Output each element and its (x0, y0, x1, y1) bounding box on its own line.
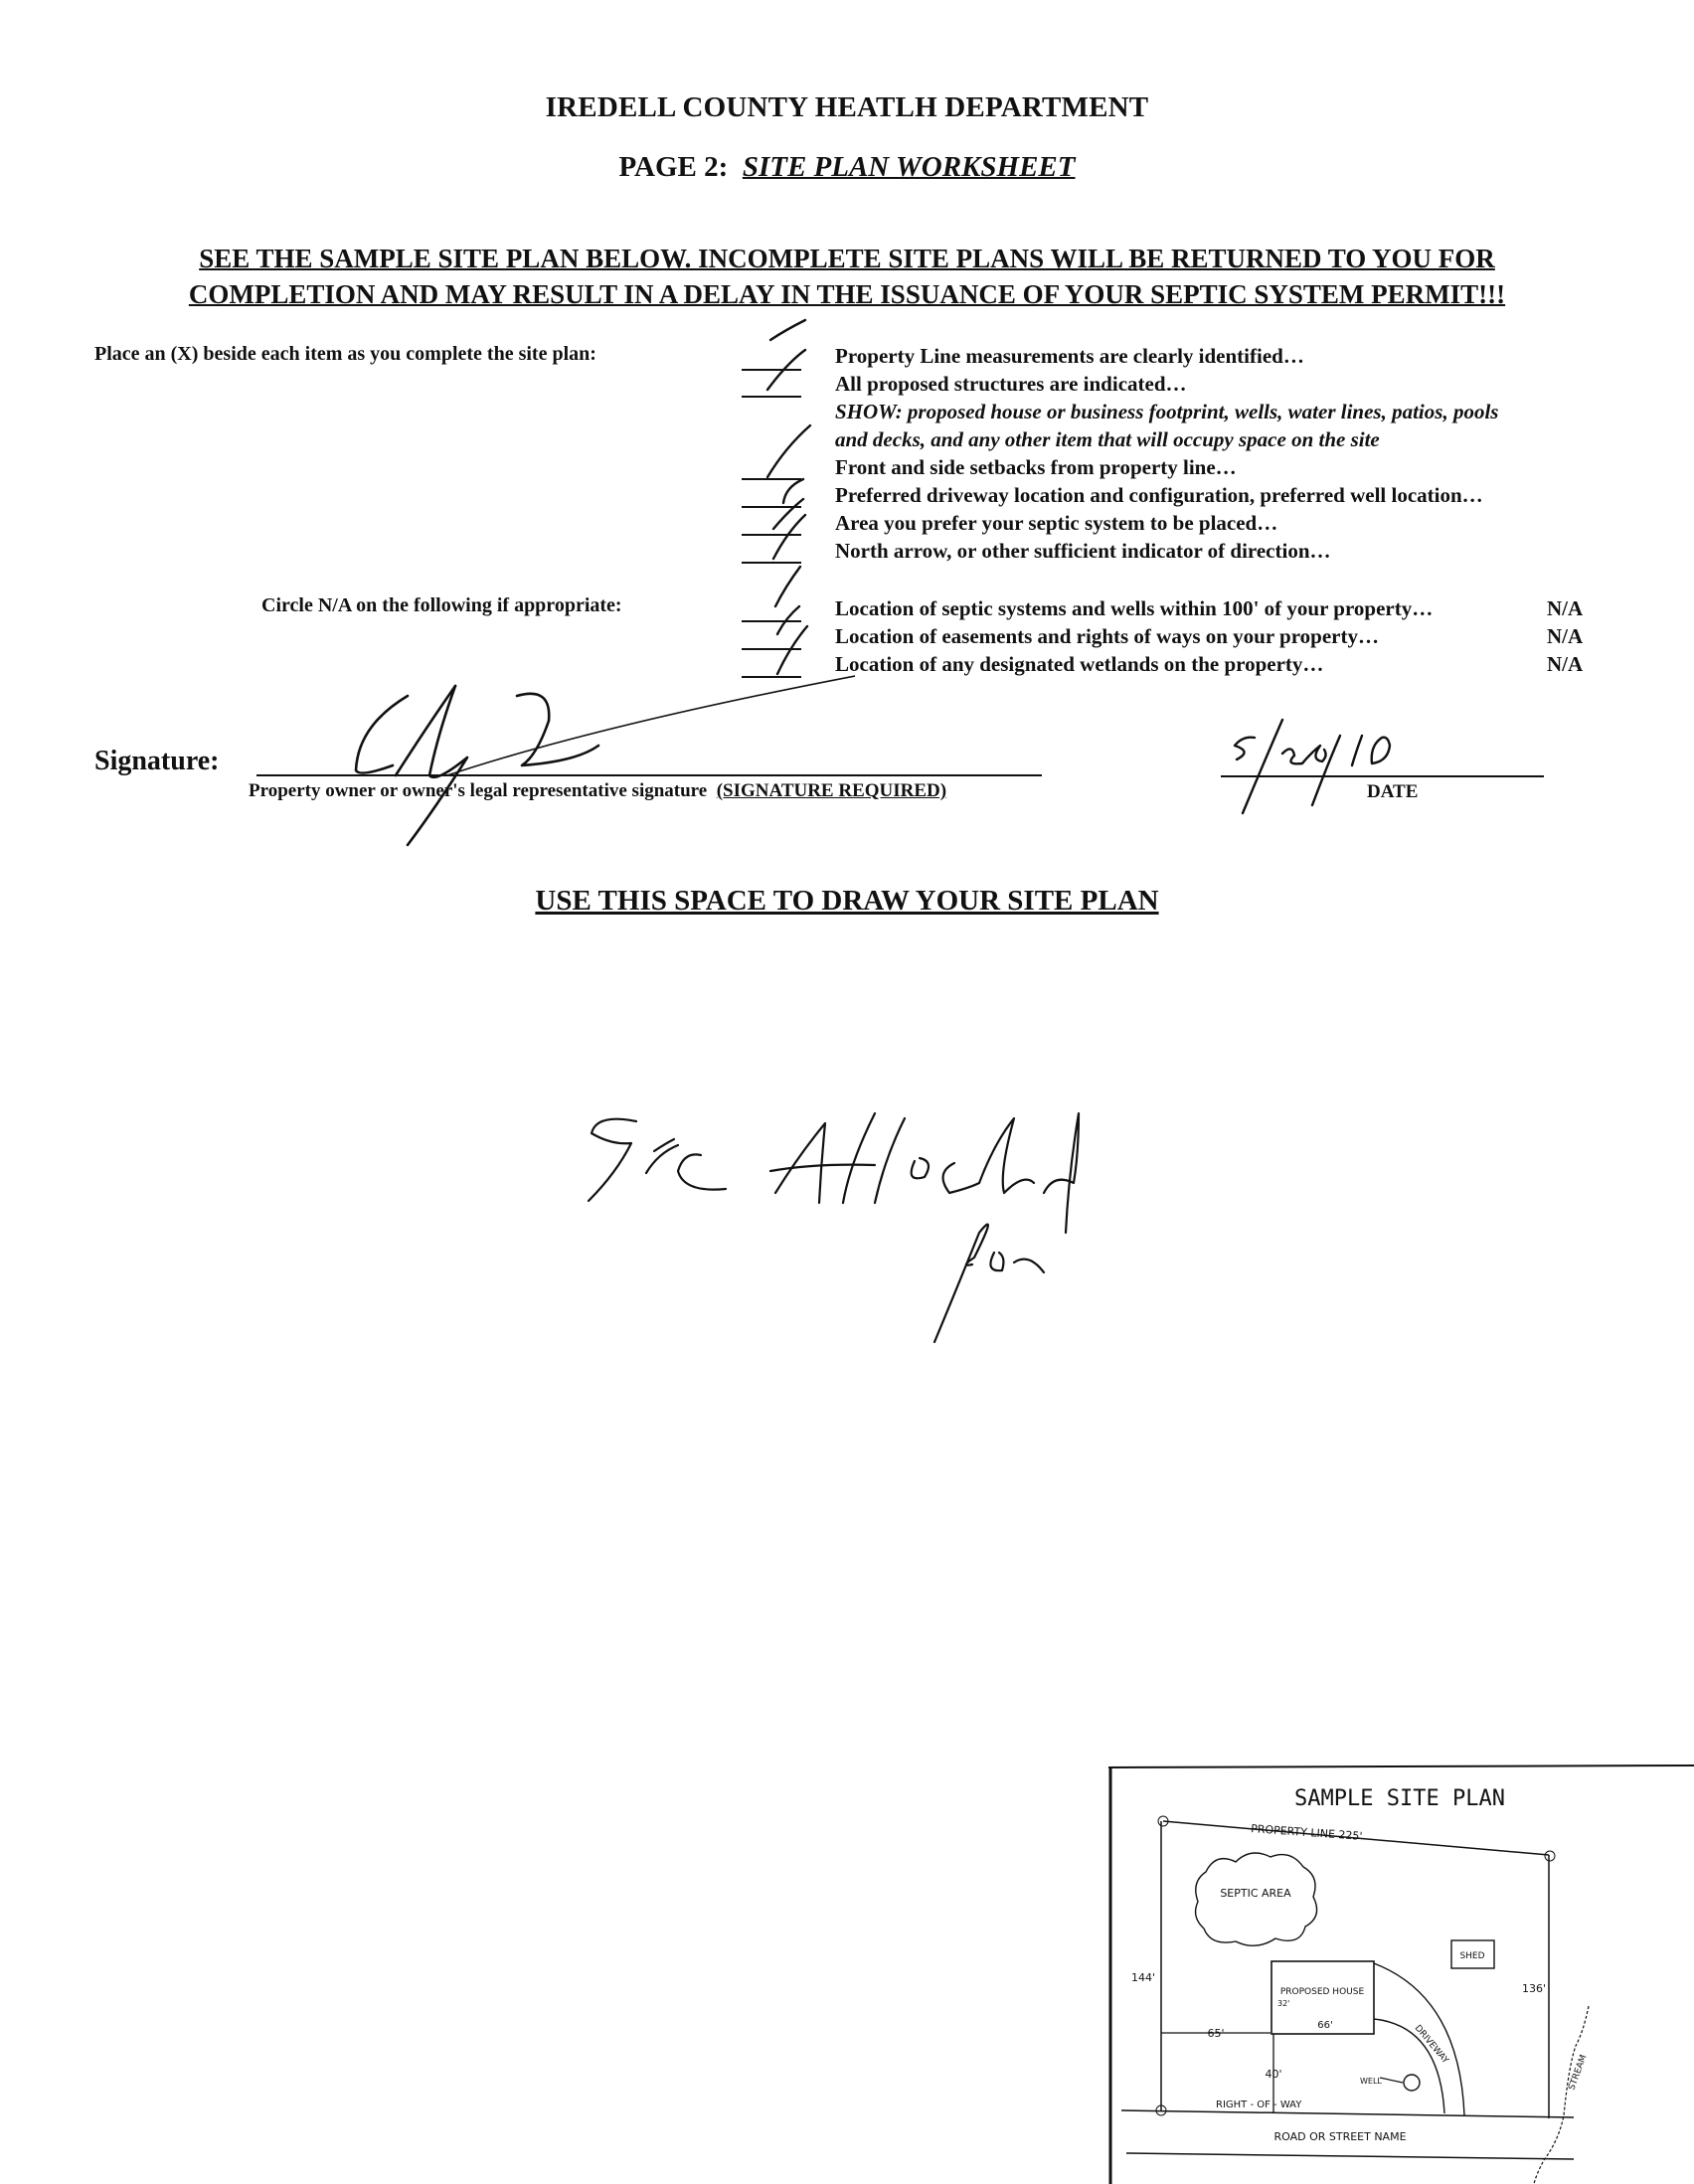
na-item-text: Location of any designated wetlands on t… (835, 652, 1323, 676)
worksheet-title: SITE PLAN WORKSHEET (743, 151, 1076, 183)
front-setback-label: 40' (1265, 2068, 1281, 2081)
na-option[interactable]: N/A (1547, 622, 1583, 650)
stream-line (1534, 2006, 1589, 2184)
house-label: PROPOSED HOUSE (1280, 1987, 1365, 1997)
stream-label: STREAM (1567, 2054, 1589, 2092)
well-label: WELL (1360, 2077, 1382, 2086)
checklist-show-note-1: SHOW: proposed house or business footpri… (835, 398, 1630, 425)
checklist-item-driveway-well: Preferred driveway location and configur… (835, 481, 1630, 509)
left-side-dimension: 144' (1131, 1971, 1155, 1984)
right-of-way-line (1121, 2110, 1574, 2117)
checklist-item-septic-area: Area you prefer your septic system to be… (835, 509, 1630, 537)
page-number: PAGE 2: (619, 151, 729, 183)
septic-area-label: SEPTIC AREA (1220, 1887, 1291, 1900)
driveway-inner (1374, 2019, 1444, 2113)
handwritten-see-attached-plan (577, 1093, 1113, 1352)
na-instruction: Circle N/A on the following if appropria… (261, 594, 622, 617)
driveway-label: DRIVEWAY (1413, 2024, 1450, 2067)
checklist-item-structures: All proposed structures are indicated… (835, 370, 1630, 398)
checklist: Property Line measurements are clearly i… (835, 342, 1630, 565)
checklist-item-property-line: Property Line measurements are clearly i… (835, 342, 1630, 370)
draw-area-heading: USE THIS SPACE TO DRAW YOUR SITE PLAN (0, 885, 1694, 918)
page-subtitle: PAGE 2: SITE PLAN WORKSHEET (0, 151, 1694, 184)
signature-label: Signature: (94, 746, 220, 777)
property-line-label: PROPERTY LINE 225' (1251, 1822, 1363, 1843)
checklist-show-note-2: and decks, and any other item that will … (835, 425, 1630, 453)
checklist-item-setbacks: Front and side setbacks from property li… (835, 453, 1630, 481)
na-item-text: Location of septic systems and wells wit… (835, 596, 1433, 620)
checklist-instruction: Place an (X) beside each item as you com… (94, 343, 596, 366)
checklist-item-north-arrow: North arrow, or other sufficient indicat… (835, 537, 1630, 565)
house-width: 66' (1317, 2020, 1332, 2031)
warning-line-2: COMPLETION AND MAY RESULT IN A DELAY IN … (99, 276, 1595, 312)
na-option[interactable]: N/A (1547, 650, 1583, 678)
well-marker (1404, 2075, 1420, 2091)
road-edge (1126, 2153, 1574, 2159)
na-checklist: Location of septic systems and wells wit… (835, 594, 1650, 678)
shed-label: SHED (1459, 1951, 1484, 1961)
right-of-way-label: RIGHT - OF - WAY (1216, 2100, 1302, 2110)
document-title: IREDELL COUNTY HEATLH DEPARTMENT (0, 91, 1694, 124)
handwritten-signature (338, 666, 855, 855)
na-item-septic-wells: Location of septic systems and wells wit… (835, 594, 1650, 622)
na-item-text: Location of easements and rights of ways… (835, 624, 1379, 648)
sample-title: SAMPLE SITE PLAN (1294, 1786, 1505, 1811)
road-label: ROAD OR STREET NAME (1273, 2130, 1406, 2143)
side-setback-label: 65' (1207, 2027, 1224, 2040)
house-depth: 32' (1277, 1999, 1289, 2008)
na-item-easements: Location of easements and rights of ways… (835, 622, 1650, 650)
handwritten-date (1213, 716, 1471, 825)
na-option[interactable]: N/A (1547, 594, 1583, 622)
sample-site-plan: SAMPLE SITE PLAN PROPERTY LINE 225' SEPT… (1106, 1758, 1694, 2184)
corner-marker (1545, 1851, 1555, 1861)
na-item-wetlands: Location of any designated wetlands on t… (835, 650, 1650, 678)
right-side-dimension: 136' (1522, 1982, 1546, 1995)
sample-frame-top (1108, 1765, 1694, 1767)
warning-line-1: SEE THE SAMPLE SITE PLAN BELOW. INCOMPLE… (99, 241, 1595, 276)
checkmark-column (726, 308, 835, 686)
